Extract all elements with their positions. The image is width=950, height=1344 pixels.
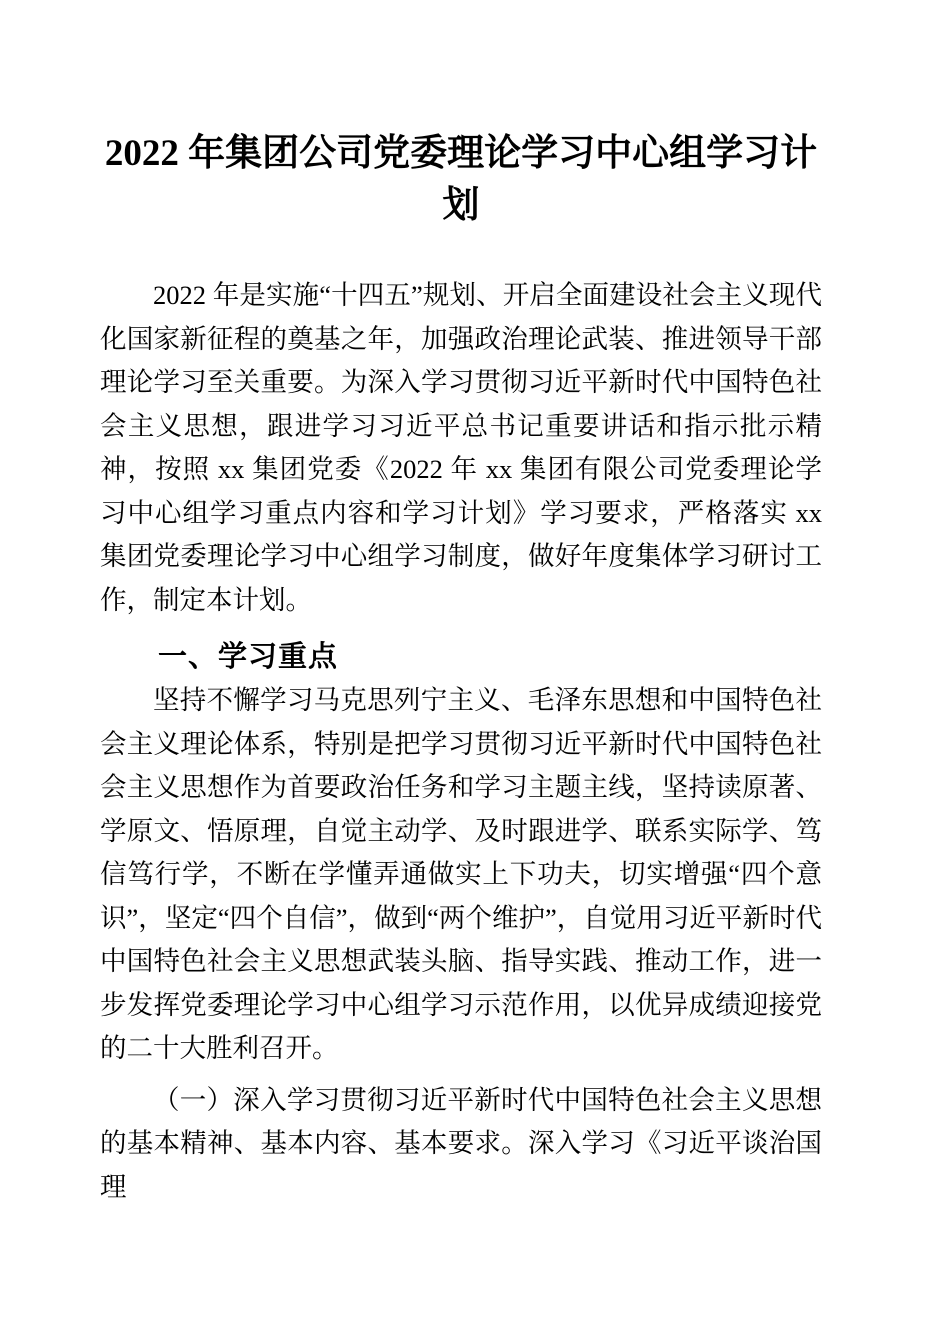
document-content: 2022 年集团公司党委理论学习中心组学习计划 2022 年是实施“十四五”规划… — [100, 0, 822, 1209]
section-1-heading: 一、学习重点 — [100, 636, 822, 679]
document-title: 2022 年集团公司党委理论学习中心组学习计划 — [100, 128, 822, 232]
document-page: 2022 年集团公司党委理论学习中心组学习计划 2022 年是实施“十四五”规划… — [0, 0, 950, 1344]
intro-paragraph: 2022 年是实施“十四五”规划、开启全面建设社会主义现代化国家新征程的奠基之年… — [100, 274, 822, 622]
section-1-paragraph: 坚持不懈学习马克思列宁主义、毛泽东思想和中国特色社会主义理论体系，特别是把学习贯… — [100, 679, 822, 1071]
section-1-subitem-1: （一）深入学习贯彻习近平新时代中国特色社会主义思想的基本精神、基本内容、基本要求… — [100, 1079, 822, 1210]
